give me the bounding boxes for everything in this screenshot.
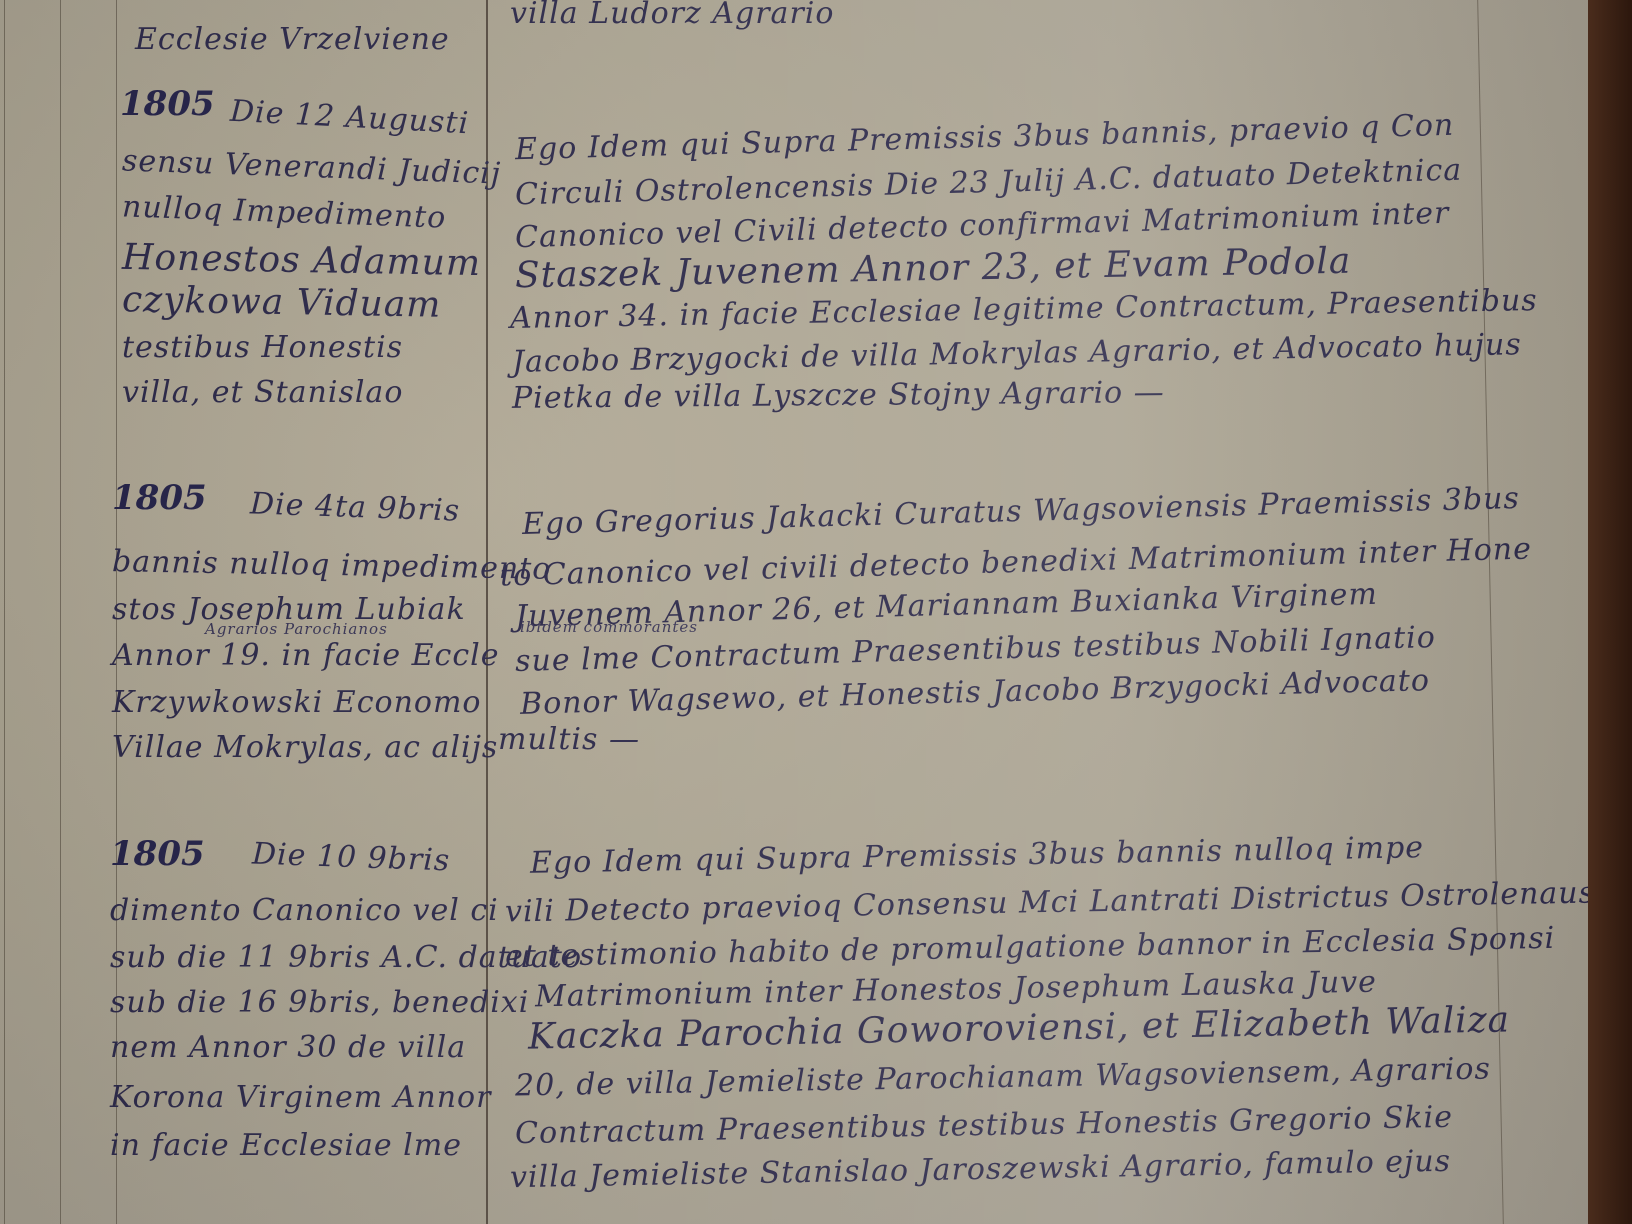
entry-text-line: Pietka de villa Lyszcze Stojny Agrario — bbox=[512, 375, 1165, 416]
entry-date: Die 4ta 9bris bbox=[249, 486, 460, 528]
left-line: Annor 19. in facie Eccle bbox=[112, 638, 499, 673]
fragment-right-text: villa Ludorz Agrario bbox=[510, 0, 834, 31]
left-line: dimento Canonico vel ci bbox=[110, 893, 499, 928]
entry-year: 1805 bbox=[112, 478, 207, 518]
left-line: sensu Venerandi Judicij bbox=[122, 143, 502, 191]
left-line: bannis nulloq impedimento bbox=[112, 544, 552, 587]
entry-year: 1805 bbox=[120, 84, 215, 124]
left-line: Villae Mokrylas, ac alijs bbox=[112, 730, 498, 765]
entry-year: 1805 bbox=[110, 834, 205, 874]
entry-text-line: et testimonio habito de promulgatione ba… bbox=[505, 921, 1556, 974]
entry-text-line: villa Jemieliste Stanislao Jaroszewski A… bbox=[510, 1144, 1452, 1195]
entry-text-line: Ego Gregorius Jakacki Curatus Wagsoviens… bbox=[522, 481, 1521, 542]
book-binding-edge bbox=[1588, 0, 1632, 1224]
margin-rule bbox=[60, 0, 61, 1224]
left-line: villa, et Stanislao bbox=[122, 375, 403, 410]
left-line: testibus Honestis bbox=[122, 330, 403, 365]
fragment-left-text: Ecclesie Vrzelviene bbox=[135, 22, 450, 57]
left-line: czykowa Viduam bbox=[122, 279, 442, 326]
entry-date: Die 12 Augusti bbox=[229, 94, 470, 141]
entry-text-line: Contractum Praesentibus testibus Honesti… bbox=[515, 1100, 1454, 1151]
margin-rule bbox=[4, 0, 5, 1224]
register-page: Ecclesie Vrzelviene villa Ludorz Agrario… bbox=[0, 0, 1590, 1224]
interlinear-note: Agrarios Parochianos bbox=[205, 620, 388, 638]
entry-text-line: Jacobo Brzygocki de villa Mokrylas Agrar… bbox=[512, 327, 1522, 380]
left-line: sub die 16 9bris, benedixi bbox=[110, 985, 529, 1020]
entry-text-line: vili Detecto praevioq Consensu Mci Lantr… bbox=[505, 875, 1595, 929]
entry-date: Die 10 9bris bbox=[251, 837, 450, 879]
left-line: in facie Ecclesiae lme bbox=[110, 1128, 462, 1163]
left-line: nulloq Impedimento bbox=[121, 189, 446, 235]
left-line: Korona Virginem Annor bbox=[110, 1080, 491, 1115]
left-line: nem Annor 30 de villa bbox=[110, 1030, 466, 1065]
left-line: Honestos Adamum bbox=[122, 237, 482, 284]
interlinear-note: ibidem commorantes bbox=[520, 618, 698, 636]
left-line: Krzywkowski Economo bbox=[112, 685, 481, 720]
entry-text-line: Ego Idem qui Supra Premissis 3bus bannis… bbox=[530, 830, 1425, 881]
entry-text-line: 20, de villa Jemieliste Parochianam Wags… bbox=[515, 1051, 1491, 1103]
entry-text-line: multis — bbox=[498, 722, 640, 757]
